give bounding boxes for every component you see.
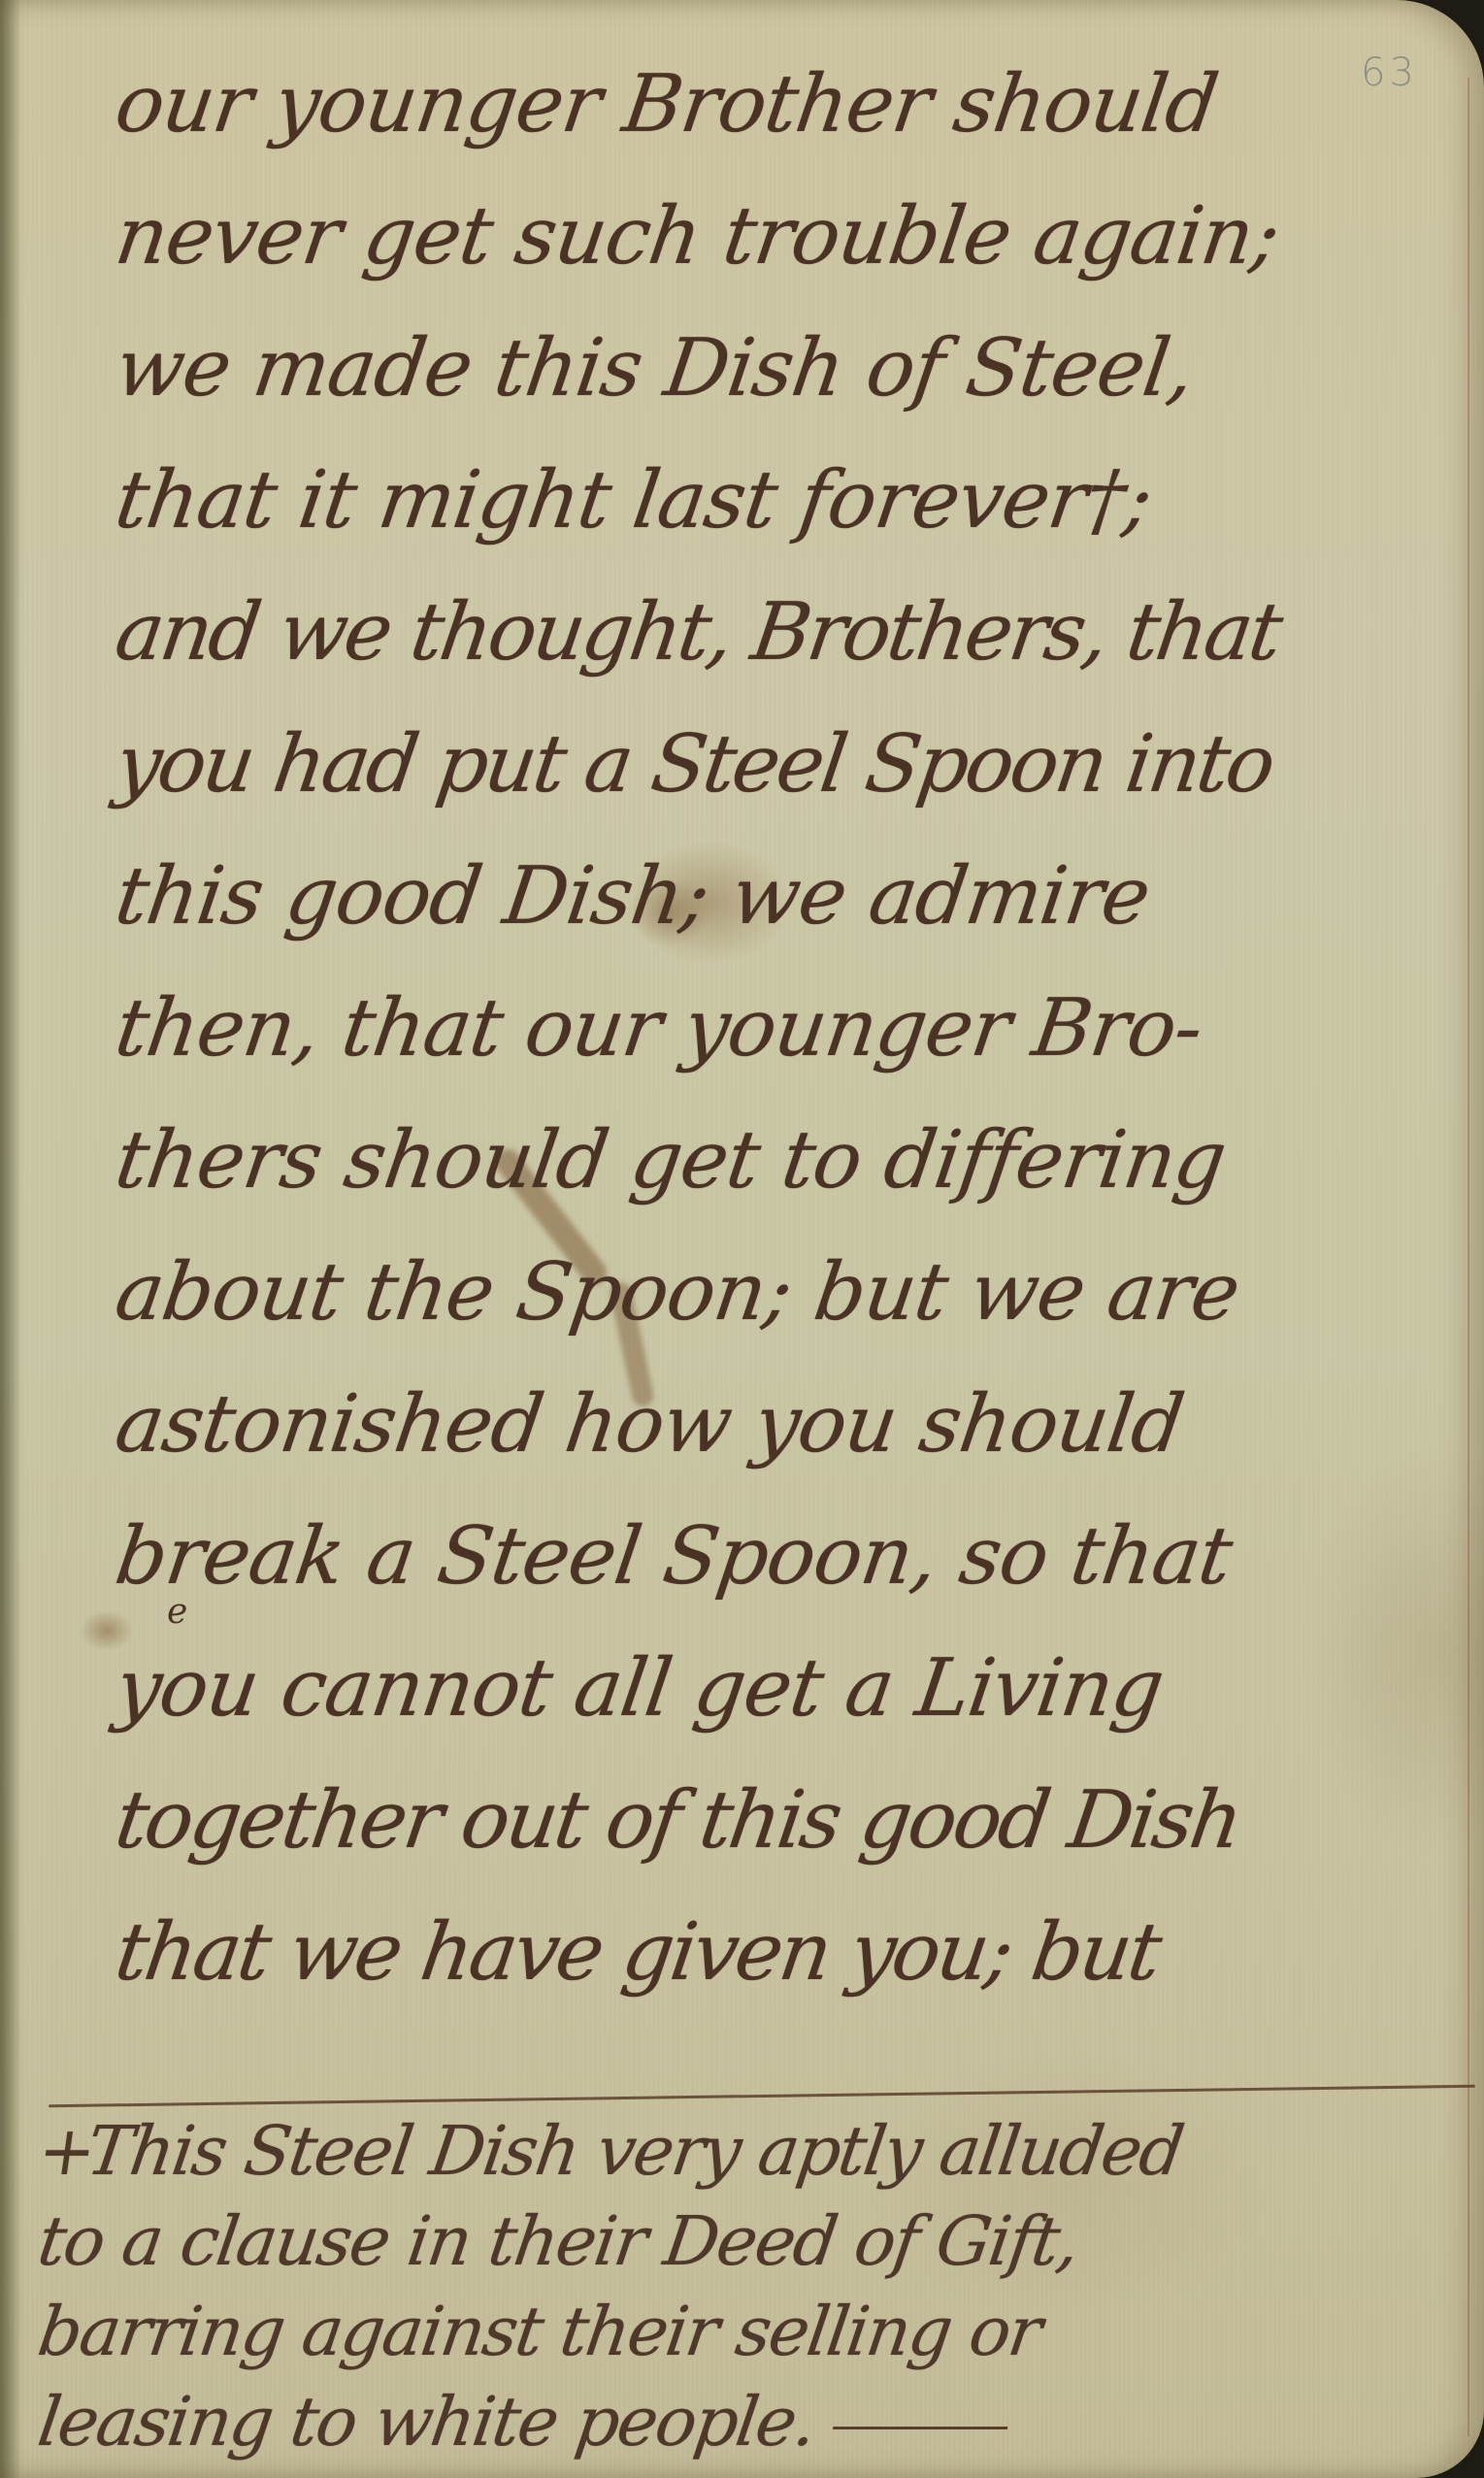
text-line: we made this Dish of Steel, [107,303,1484,435]
text-line: thers should get to differing [107,1095,1484,1227]
footnote-text: This Steel Dish very aptly alluded [82,2111,1187,2191]
end-dash [833,2427,1007,2429]
binding-edge [0,0,21,2478]
text-line: and we thought, Brothers, that [107,567,1484,699]
text-line: this good Dish; we admire [107,831,1484,963]
footnote-line: barring against their selling or [32,2287,1462,2377]
text-line: that we have given you; but [107,1887,1484,2019]
text-line: together out of this good Dish [107,1755,1484,1887]
footnote-text: leasing to white people. [33,2382,820,2461]
inserted-letter: e [167,1592,187,1632]
footnote-line: to a clause in their Deed of Gift, [32,2197,1462,2287]
manuscript-page: 63 our younger Brother should never get … [0,0,1484,2478]
footnote: +This Steel Dish very aptly alluded to a… [39,2106,1456,2467]
text-line: astonished how you should [107,1359,1484,1491]
footnote-line: leasing to white people. [32,2377,1462,2467]
text-line: our younger Brother should [107,39,1484,171]
text-line: that it might last forever†; [107,435,1484,567]
text-line: then, that our younger Bro- [107,963,1484,1095]
text-line: you had put a Steel Spoon into [107,699,1484,831]
text-line: you cannot all get a Living [107,1623,1484,1755]
footnote-line: +This Steel Dish very aptly alluded [32,2106,1462,2197]
text-line: about the Spoon; but we are [107,1227,1484,1359]
footnote-divider [49,2085,1475,2108]
body-text: our younger Brother should never get suc… [116,39,1475,2019]
text-line: never get such trouble again; [107,171,1484,303]
text-line: break a Steel Spoon, so that [107,1491,1484,1623]
